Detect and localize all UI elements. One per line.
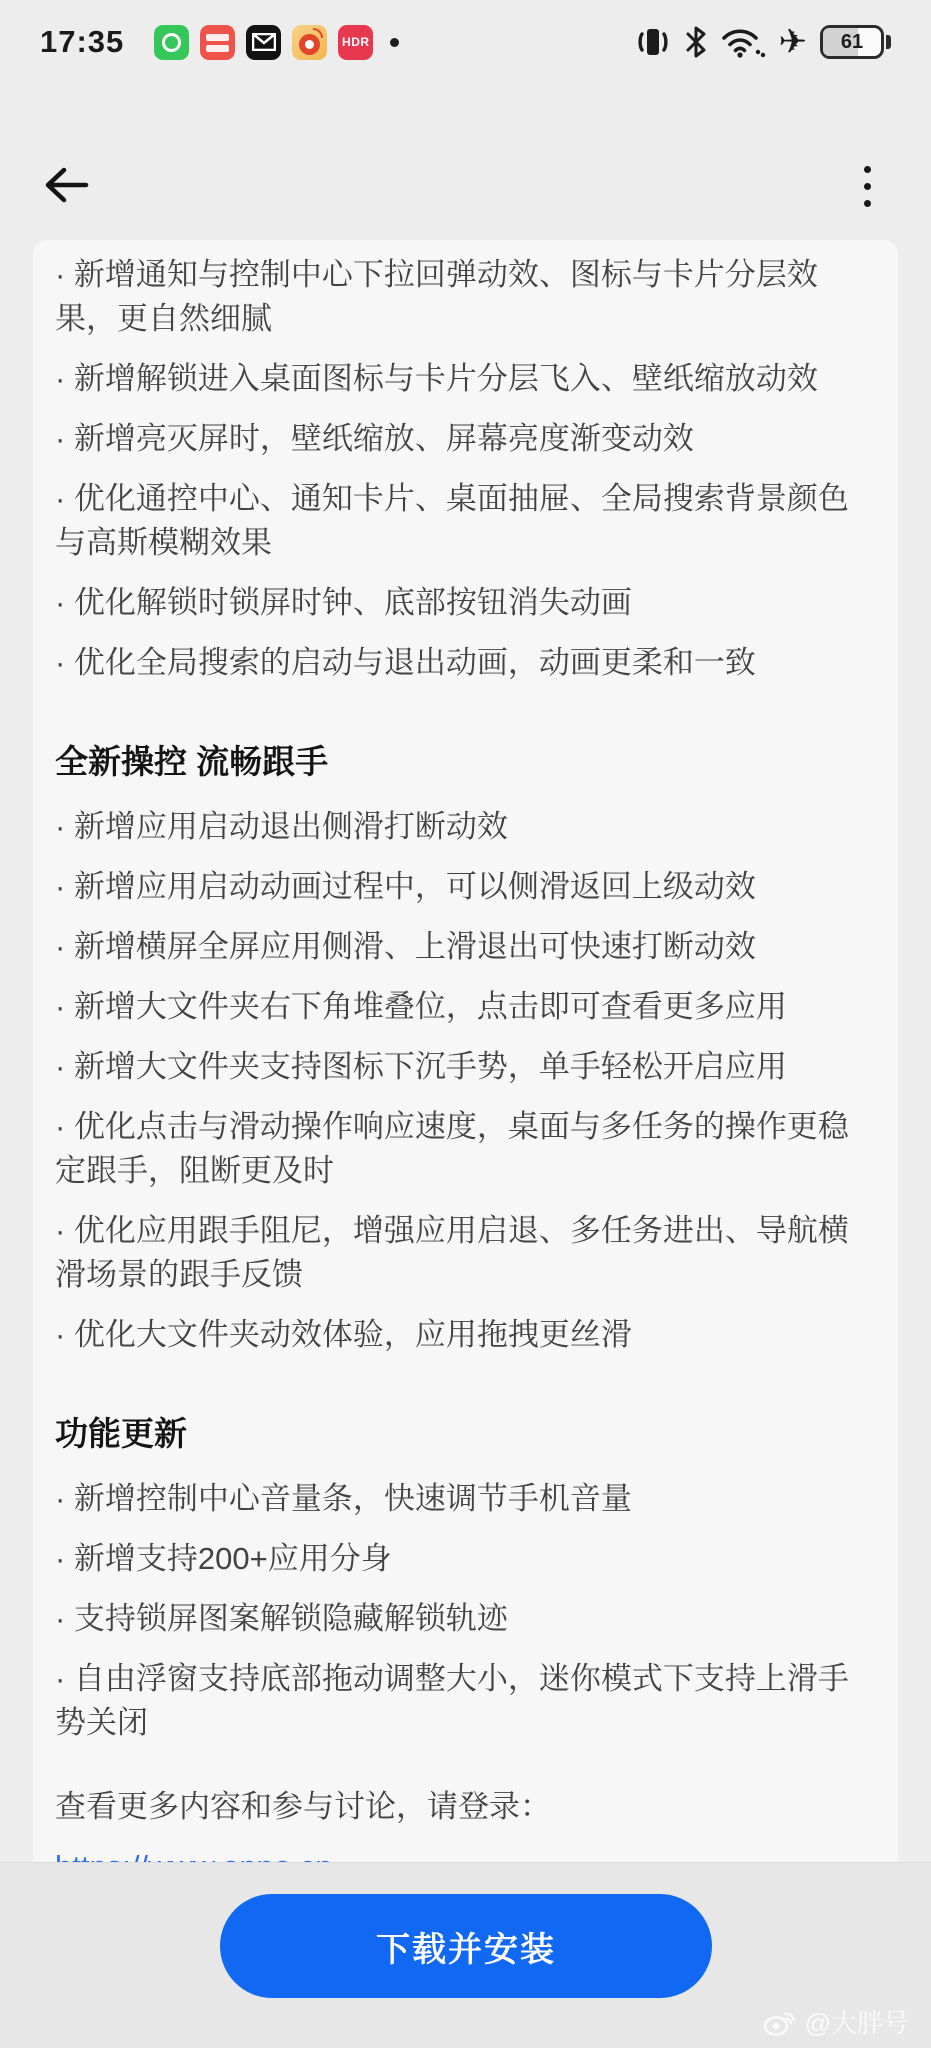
changelog-bullet: · 新增亮灭屏时，壁纸缩放、屏幕亮度渐变动效: [55, 417, 876, 461]
wifi-icon: [720, 25, 766, 59]
changelog-heading: 功能更新: [55, 1411, 876, 1457]
changelog-bullet: · 新增大文件夹支持图标下沉手势，单手轻松开启应用: [55, 1045, 876, 1089]
changelog-bullet: · 优化全局搜索的启动与退出动画，动画更柔和一致: [55, 641, 876, 685]
hdr-app-notification-icon: HDR: [338, 25, 373, 60]
changelog-link[interactable]: https://www.oppo.cn: [55, 1845, 876, 1862]
battery-indicator: 61: [820, 25, 891, 59]
changelog-bullet: · 优化大文件夹动效体验，应用拖拽更丝滑: [55, 1313, 876, 1357]
changelog-bullet: · 优化通控中心、通知卡片、桌面抽屉、全局搜索背景颜色与高斯模糊效果: [55, 477, 876, 565]
changelog-bullet: · 优化解锁时锁屏时钟、底部按钮消失动画: [55, 581, 876, 625]
notification-icons: HDR: [154, 25, 399, 60]
changelog-bullet: · 优化应用跟手阻尼，增强应用启退、多任务进出、导航横滑场景的跟手反馈: [55, 1209, 876, 1297]
changelog-heading: 全新操控 流畅跟手: [55, 739, 876, 785]
changelog-bullet: · 新增应用启动退出侧滑打断动效: [55, 805, 876, 849]
battery-percent: 61: [841, 31, 863, 54]
changelog-bullet: · 支持锁屏图案解锁隐藏解锁轨迹: [55, 1597, 876, 1641]
changelog-bullet: · 自由浮窗支持底部拖动调整大小，迷你模式下支持上滑手势关闭: [55, 1657, 876, 1745]
download-install-button[interactable]: 下载并安装: [220, 1894, 712, 1998]
battery-body: 61: [820, 25, 884, 59]
changelog-bullet: · 新增支持200+应用分身: [55, 1537, 876, 1581]
envelope-glyph: [252, 33, 276, 51]
system-status-icons: ✈ 61: [634, 25, 892, 59]
kebab-dot: [864, 200, 871, 207]
red-news-app-notification-icon: [200, 25, 235, 60]
vibrate-icon: [634, 25, 672, 59]
changelog-bullet: · 新增控制中心音量条，快速调节手机音量: [55, 1477, 876, 1521]
back-button[interactable]: [40, 162, 92, 208]
back-arrow-icon: [40, 162, 92, 208]
changelog-note: 查看更多内容和参与讨论，请登录：: [55, 1785, 876, 1829]
kebab-menu-button[interactable]: [857, 158, 877, 214]
changelog-bullet: · 优化点击与滑动操作响应速度，桌面与多任务的操作更稳定跟手，阻断更及时: [55, 1105, 876, 1193]
weibo-logo-icon: [763, 2007, 797, 2037]
changelog-bullet: · 新增通知与控制中心下拉回弹动效、图标与卡片分层效果，更自然细腻: [55, 253, 876, 341]
kebab-dot: [864, 166, 871, 173]
changelog-bullet: · 新增横屏全屏应用侧滑、上滑退出可快速打断动效: [55, 925, 876, 969]
changelog-body: · 新增通知与控制中心下拉回弹动效、图标与卡片分层效果，更自然细腻· 新增解锁进…: [55, 253, 876, 1862]
watermark-text: @大胖号: [805, 2003, 909, 2040]
app-header: [0, 150, 931, 220]
changelog-bullet: · 新增大文件夹右下角堆叠位，点击即可查看更多应用: [55, 985, 876, 1029]
green-app-notification-icon: [154, 25, 189, 60]
update-screen: { "status_bar": { "time": "17:35", "noti…: [0, 0, 931, 2048]
changelog-bullet: · 新增解锁进入桌面图标与卡片分层飞入、壁纸缩放动效: [55, 357, 876, 401]
bluetooth-icon: [685, 25, 707, 59]
more-notifications-dot: [390, 38, 399, 47]
changelog-panel[interactable]: · 新增通知与控制中心下拉回弹动效、图标与卡片分层效果，更自然细腻· 新增解锁进…: [33, 240, 898, 1862]
weibo-app-notification-icon: [292, 25, 327, 60]
changelog-bullet: · 新增应用启动动画过程中，可以侧滑返回上级动效: [55, 865, 876, 909]
bottom-action-bar: 下载并安装 @大胖号: [0, 1862, 931, 2048]
battery-nub: [886, 35, 891, 49]
clock-time: 17:35: [40, 24, 124, 60]
capcut-app-notification-icon: [246, 25, 281, 60]
airplane-mode-icon: ✈: [779, 25, 808, 59]
kebab-dot: [864, 183, 871, 190]
status-bar: 17:35 HDR ✈: [0, 16, 931, 68]
watermark: @大胖号: [763, 2003, 909, 2040]
